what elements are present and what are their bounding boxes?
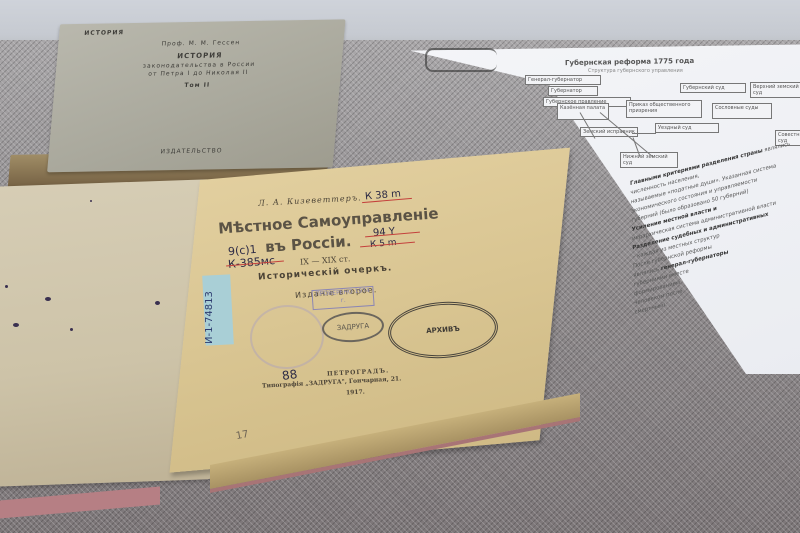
poster-box: Губернский суд xyxy=(680,83,746,93)
poster-box: Генерал-губернатор xyxy=(525,75,601,85)
ink-spot xyxy=(90,200,92,202)
poster-box: Сословные суды xyxy=(712,103,772,119)
grey-book-author: Проф. М. М. Гессен xyxy=(58,37,344,49)
book-year: 1917. xyxy=(346,389,365,397)
library-tag-number: И-1-74813 xyxy=(204,280,228,344)
grey-book-publisher: ИЗДАТЕЛЬСТВО xyxy=(48,145,334,157)
poster-box: Уездный суд xyxy=(655,123,719,133)
poster-connector-line xyxy=(632,133,656,134)
grey-book-header: ИСТОРИЯ xyxy=(84,25,370,37)
photo-scene: Губернская реформа 1775 года Структура г… xyxy=(0,0,800,533)
ink-spot xyxy=(155,301,160,305)
book-binding-edge xyxy=(0,486,160,519)
poster-box: Приказ общественного призрения xyxy=(626,100,702,118)
margin-mark: 88 xyxy=(281,367,298,383)
grey-book: ИСТОРИЯ Проф. М. М. Гессен ИСТОРИЯ закон… xyxy=(5,19,340,195)
ink-spot xyxy=(45,297,51,301)
grey-book-cover: ИСТОРИЯ Проф. М. М. Гессен ИСТОРИЯ закон… xyxy=(47,19,345,172)
poster-subtitle: Структура губернского управления xyxy=(588,68,683,74)
ink-spot xyxy=(70,328,73,331)
grey-book-volume: Том II xyxy=(54,79,340,91)
page-number: 17 xyxy=(235,429,249,442)
handwritten-number: 94 Y xyxy=(373,226,396,239)
poster-logo-icon xyxy=(425,48,497,72)
poster-box: Верхний земский суд xyxy=(750,82,800,98)
ink-spot xyxy=(5,285,8,288)
ink-spot xyxy=(13,323,19,327)
poster-box: Губернатор xyxy=(548,86,598,96)
